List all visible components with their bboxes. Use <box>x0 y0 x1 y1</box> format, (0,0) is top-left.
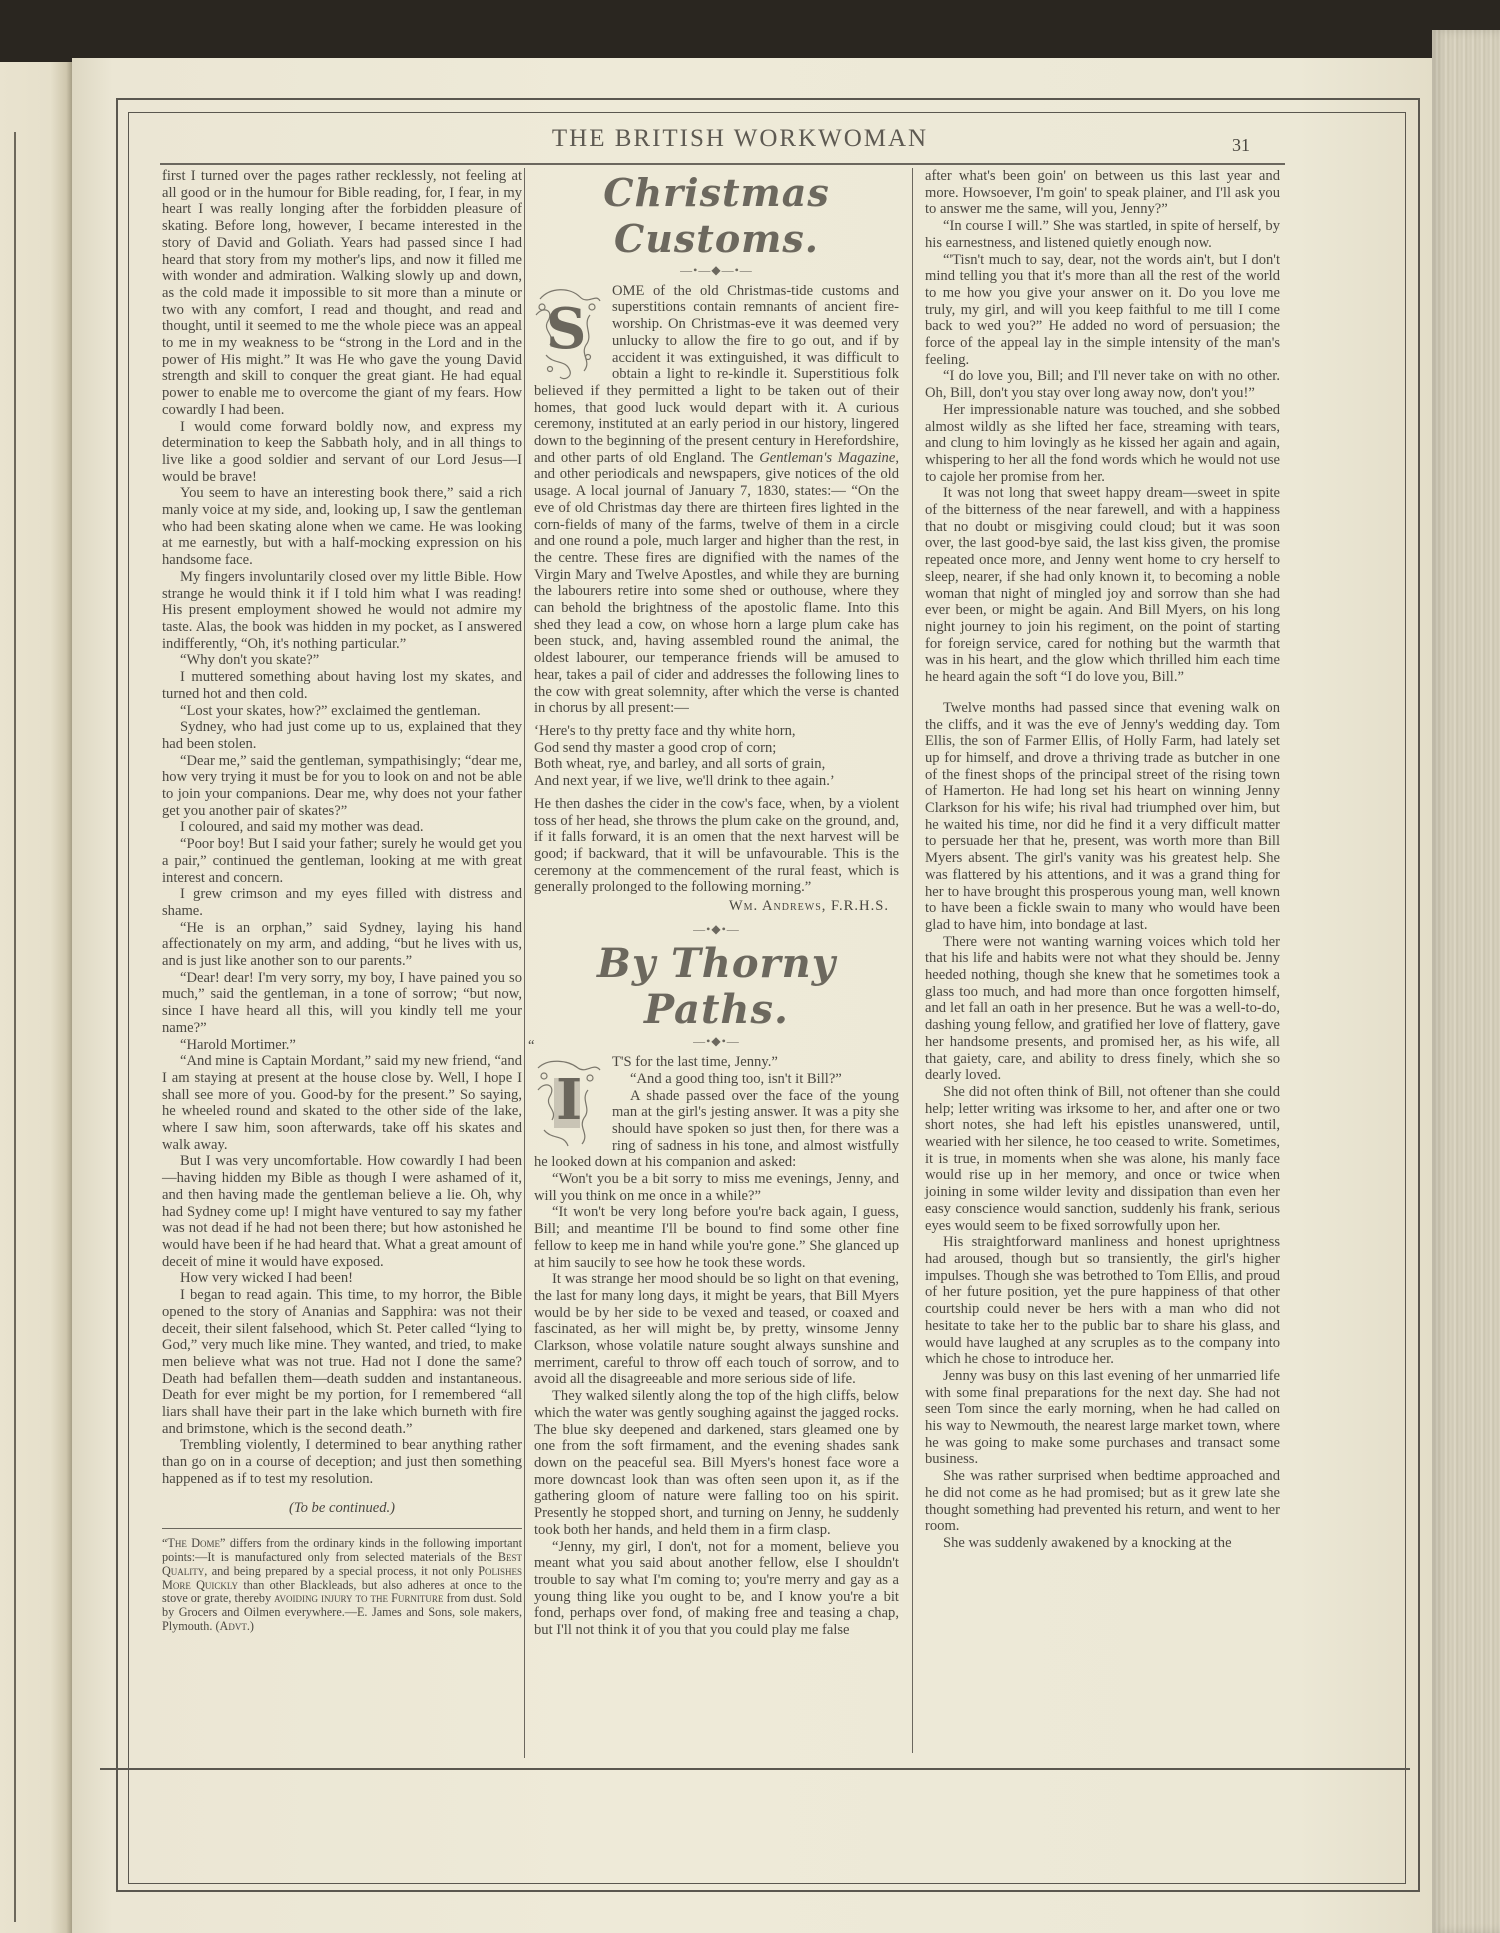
article-by-thorny-paths: “ I T'S for the last time, Jenny.” “And … <box>534 1054 899 1639</box>
paragraph: I coloured, and said my mother was dead. <box>162 819 522 836</box>
paragraph: You seem to have an interesting book the… <box>162 485 522 569</box>
paragraph: He then dashes the cider in the cow's fa… <box>534 796 899 896</box>
previous-page-border <box>0 132 16 1922</box>
running-title: THE BRITISH WORKWOMAN <box>400 125 1080 153</box>
right-column: after what's been goin' on between us th… <box>925 168 1280 1552</box>
paragraph: His straightforward manliness and honest… <box>925 1234 1280 1368</box>
ornament-divider: —•—◆—•— <box>534 262 899 279</box>
paragraph: She was rather surprised when bedtime ap… <box>925 1468 1280 1535</box>
paragraph: She was suddenly awakened by a knocking … <box>925 1535 1280 1552</box>
verse-line: God send thy master a good crop of corn; <box>534 740 899 757</box>
paragraph: It was strange her mood should be so lig… <box>534 1271 899 1388</box>
paragraph: first I turned over the pages rather rec… <box>162 168 522 419</box>
advert-rule <box>162 1528 522 1529</box>
header-rule <box>160 163 1285 165</box>
paragraph: “Why don't you skate?” <box>162 652 522 669</box>
paragraph: “And mine is Captain Mordant,” said my n… <box>162 1053 522 1153</box>
left-column: first I turned over the pages rather rec… <box>162 168 522 1634</box>
paragraph: Twelve months had passed since that even… <box>925 700 1280 934</box>
verse-line: And next year, if we live, we'll drink t… <box>534 773 899 790</box>
author-signature: Wm. Andrews, F.R.H.S. <box>534 898 889 915</box>
paragraph: “Lost your skates, how?” exclaimed the g… <box>162 703 522 720</box>
paragraph: “Dear! dear! I'm very sorry, my boy, I h… <box>162 970 522 1037</box>
advert-brand: “The Dome” <box>162 1536 225 1550</box>
paragraph: But I was very uncomfortable. How coward… <box>162 1153 522 1270</box>
paragraph: after what's been goin' on between us th… <box>925 168 1280 218</box>
ornamental-initial: I <box>530 1056 604 1154</box>
paragraph: It was not long that sweet happy dream—s… <box>925 485 1280 685</box>
paragraph: I would come forward boldly now, and exp… <box>162 419 522 486</box>
ornament-divider: —•◆•— <box>534 1033 899 1050</box>
paragraph: She did not often think of Bill, not oft… <box>925 1084 1280 1234</box>
column-divider <box>524 168 525 1758</box>
dropcap-letter: I <box>556 1070 582 1130</box>
paragraph: There were not wanting warning voices wh… <box>925 934 1280 1084</box>
paragraph: I began to read again. This time, to my … <box>162 1287 522 1437</box>
paragraph: They walked silently along the top of th… <box>534 1388 899 1538</box>
column-divider <box>912 168 913 1753</box>
paragraph: “Dear me,” said the gentleman, sympathis… <box>162 753 522 820</box>
to-be-continued: (To be continued.) <box>162 1500 522 1517</box>
paragraph: “In course I will.” She was startled, in… <box>925 218 1280 251</box>
paragraph: Sydney, who had just come up to us, expl… <box>162 719 522 752</box>
middle-column: Christmas Customs. —•—◆—•— S OME of the … <box>534 168 899 1639</box>
paragraph: How very wicked I had been! <box>162 1270 522 1287</box>
verse-line: Both wheat, rye, and barley, and all sor… <box>534 756 899 773</box>
dropcap-letter: S <box>546 299 586 359</box>
paragraph: Her impressionable nature was touched, a… <box>925 402 1280 486</box>
paragraph: I grew crimson and my eyes filled with d… <box>162 886 522 919</box>
paragraph: “I do love you, Bill; and I'll never tak… <box>925 368 1280 401</box>
previous-page-edge <box>0 62 72 1933</box>
article-christmas-customs: S OME of the old Christmas-tide customs … <box>534 283 899 915</box>
ornamental-initial: S <box>530 285 604 383</box>
verse-line: ‘Here's to thy pretty face and thy white… <box>534 723 899 740</box>
paragraph: My fingers involuntarily closed over my … <box>162 569 522 653</box>
paragraph: Trembling violently, I determined to bea… <box>162 1437 522 1487</box>
ornament-divider: —•◆•— <box>534 921 899 938</box>
page-number: 31 <box>1232 135 1250 156</box>
page-stack-edge <box>1432 30 1500 1933</box>
article-title-by-thorny-paths: By Thorny Paths. <box>534 941 899 1033</box>
article-title-christmas-customs: Christmas Customs. <box>534 170 899 262</box>
paragraph: “Poor boy! But I said your father; surel… <box>162 836 522 886</box>
paragraph: I muttered something about having lost m… <box>162 669 522 702</box>
opening-quote: “ <box>528 1038 534 1055</box>
paragraph: “Harold Mortimer.” <box>162 1037 522 1054</box>
paragraph: “It won't be very long before you're bac… <box>534 1204 899 1271</box>
advertisement: “The Dome” differs from the ordinary kin… <box>162 1537 522 1634</box>
paragraph: “He is an orphan,” said Sydney, laying h… <box>162 920 522 970</box>
paragraph: “Jenny, my girl, I don't, not for a mome… <box>534 1539 899 1639</box>
paragraph: “'Tisn't much to say, dear, not the word… <box>925 252 1280 369</box>
paragraph: “Won't you be a bit sorry to miss me eve… <box>534 1171 899 1204</box>
paragraph: Jenny was busy on this last evening of h… <box>925 1368 1280 1468</box>
footer-rule <box>100 1768 1410 1770</box>
verse: ‘Here's to thy pretty face and thy white… <box>534 723 899 790</box>
